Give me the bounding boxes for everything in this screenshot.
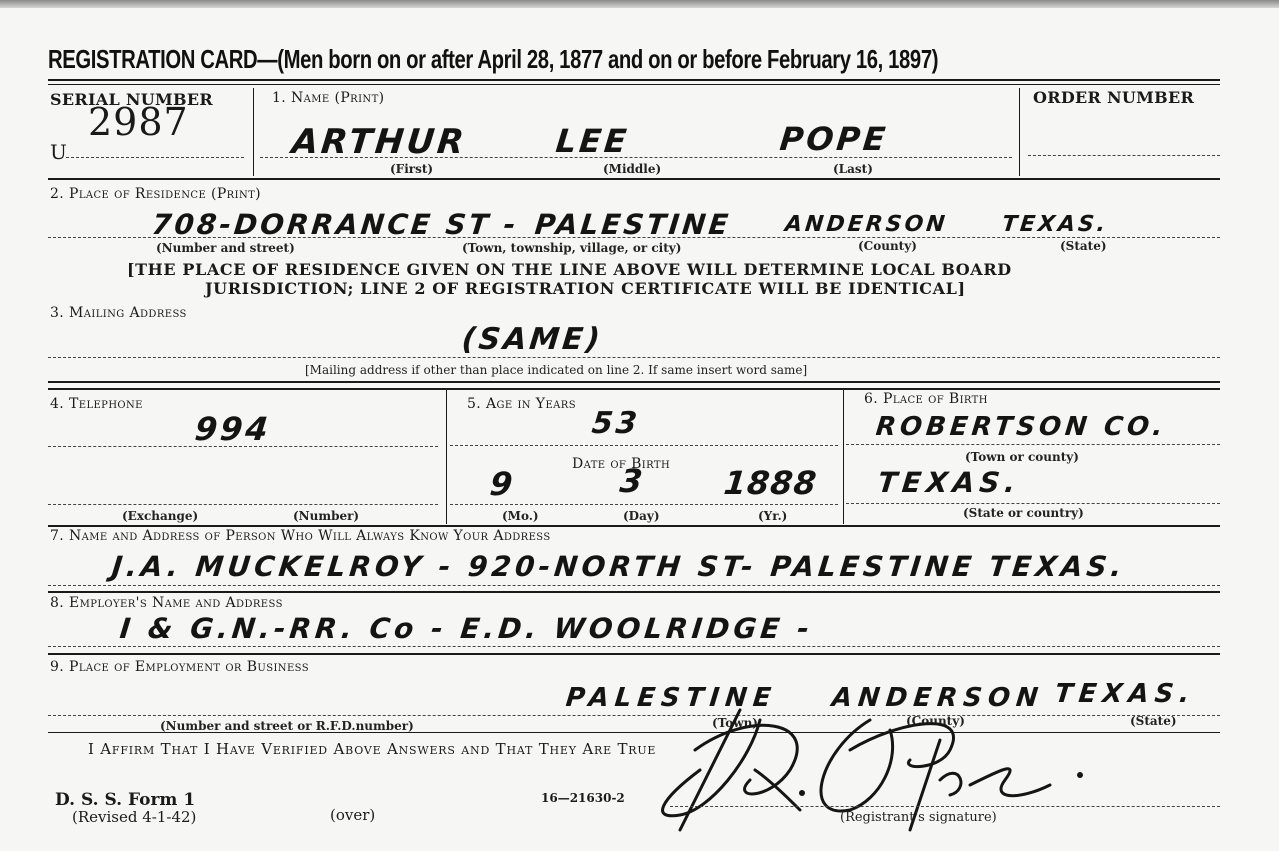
residence-label: 2. Place of Residence (Print) xyxy=(50,186,261,202)
divider xyxy=(253,88,254,176)
employment-state-caption: (State) xyxy=(1130,714,1177,728)
divider xyxy=(1019,88,1020,176)
employment-label: 9. Place of Employment or Business xyxy=(50,659,309,675)
town-or-county-caption: (Town or county) xyxy=(965,450,1079,464)
rule xyxy=(48,653,1220,655)
middle-name-value: LEE xyxy=(554,122,631,160)
birthplace-town-line xyxy=(846,444,1220,445)
birth-month-value: 9 xyxy=(488,465,517,503)
rule xyxy=(48,79,1220,81)
state-or-country-caption: (State or country) xyxy=(963,506,1084,520)
birthplace-state-value: TEXAS. xyxy=(876,466,1022,499)
age-line xyxy=(450,445,838,446)
middle-caption: (Middle) xyxy=(603,162,661,176)
state-caption: (State) xyxy=(1060,239,1107,253)
name-line xyxy=(260,157,1012,158)
rule xyxy=(48,84,1220,85)
age-value: 53 xyxy=(590,406,641,441)
telephone-line xyxy=(48,446,438,447)
first-name-value: ARTHUR xyxy=(290,122,469,162)
birthplace-state-line xyxy=(846,503,1220,504)
county-caption: (County) xyxy=(858,239,917,253)
mailing-address-value: (SAME) xyxy=(460,322,604,357)
year-caption: (Yr.) xyxy=(758,509,787,523)
birth-day-value: 3 xyxy=(618,462,647,500)
rule xyxy=(48,388,1220,390)
serial-number-value: 2987 xyxy=(88,100,189,144)
card-title: REGISTRATION CARD—(Men born on or after … xyxy=(48,44,938,75)
contact-line xyxy=(48,585,1220,586)
scan-edge-shadow xyxy=(0,0,1279,8)
rule xyxy=(48,381,1220,383)
jurisdiction-notice-line1: [THE PLACE OF RESIDENCE GIVEN ON THE LIN… xyxy=(127,260,1012,279)
mailing-caption: [Mailing address if other than place ind… xyxy=(305,363,807,377)
first-caption: (First) xyxy=(390,162,433,176)
employer-label: 8. Employer's Name and Address xyxy=(50,595,283,611)
birthplace-label: 6. Place of Birth xyxy=(864,391,988,407)
telephone-line-2 xyxy=(48,504,438,505)
exchange-caption: (Exchange) xyxy=(122,509,198,523)
jurisdiction-notice-line2: JURISDICTION; LINE 2 OF REGISTRATION CER… xyxy=(205,279,966,298)
day-caption: (Day) xyxy=(623,509,660,523)
residence-county-value: ANDERSON xyxy=(784,212,949,237)
street-caption: (Number and street) xyxy=(156,241,295,255)
birth-year-value: 1888 xyxy=(722,464,819,502)
town-caption: (Town, township, village, or city) xyxy=(462,241,681,255)
divider xyxy=(446,388,447,524)
rule xyxy=(48,178,1220,180)
signature-caption: (Registrant's signature) xyxy=(840,810,997,825)
serial-prefix: U xyxy=(50,140,67,164)
name-label: 1. Name (Print) xyxy=(272,90,385,106)
form-number: D. S. S. Form 1 xyxy=(55,790,195,810)
residence-state-value: TEXAS. xyxy=(1001,212,1110,237)
telephone-label: 4. Telephone xyxy=(50,396,143,412)
rule xyxy=(48,591,1220,593)
over-note: (over) xyxy=(330,806,375,824)
employer-line xyxy=(48,646,1220,647)
rule xyxy=(48,525,1220,527)
mailing-line xyxy=(48,357,1220,358)
print-code: 16—21630-2 xyxy=(541,791,625,805)
contact-value: J.A. MUCKELROY - 920-NORTH ST- PALESTINE… xyxy=(110,550,1127,583)
residence-line xyxy=(48,237,1220,238)
mailing-address-label: 3. Mailing Address xyxy=(50,305,187,321)
telephone-value: 994 xyxy=(193,410,273,448)
last-name-value: POPE xyxy=(778,120,890,158)
month-caption: (Mo.) xyxy=(502,509,539,523)
divider xyxy=(843,388,844,524)
affirmation-text: I Affirm That I Have Verified Above Answ… xyxy=(88,740,656,758)
last-caption: (Last) xyxy=(833,162,873,176)
contact-label: 7. Name and Address of Person Who Will A… xyxy=(50,528,551,544)
dob-line xyxy=(450,504,838,505)
form-revision: (Revised 4-1-42) xyxy=(72,808,196,826)
birthplace-town-value: ROBERTSON CO. xyxy=(874,412,1168,442)
age-label: 5. Age in Years xyxy=(467,396,576,412)
employment-street-caption: (Number and street or R.F.D.number) xyxy=(160,719,414,733)
employer-value: I & G.N.-RR. Co - E.D. WOOLRIDGE - xyxy=(118,612,814,645)
order-number-line xyxy=(1028,155,1220,156)
order-number-label: ORDER NUMBER xyxy=(1033,88,1194,107)
serial-line xyxy=(66,157,244,158)
signature-line xyxy=(670,806,1220,807)
number-caption: (Number) xyxy=(293,509,359,523)
